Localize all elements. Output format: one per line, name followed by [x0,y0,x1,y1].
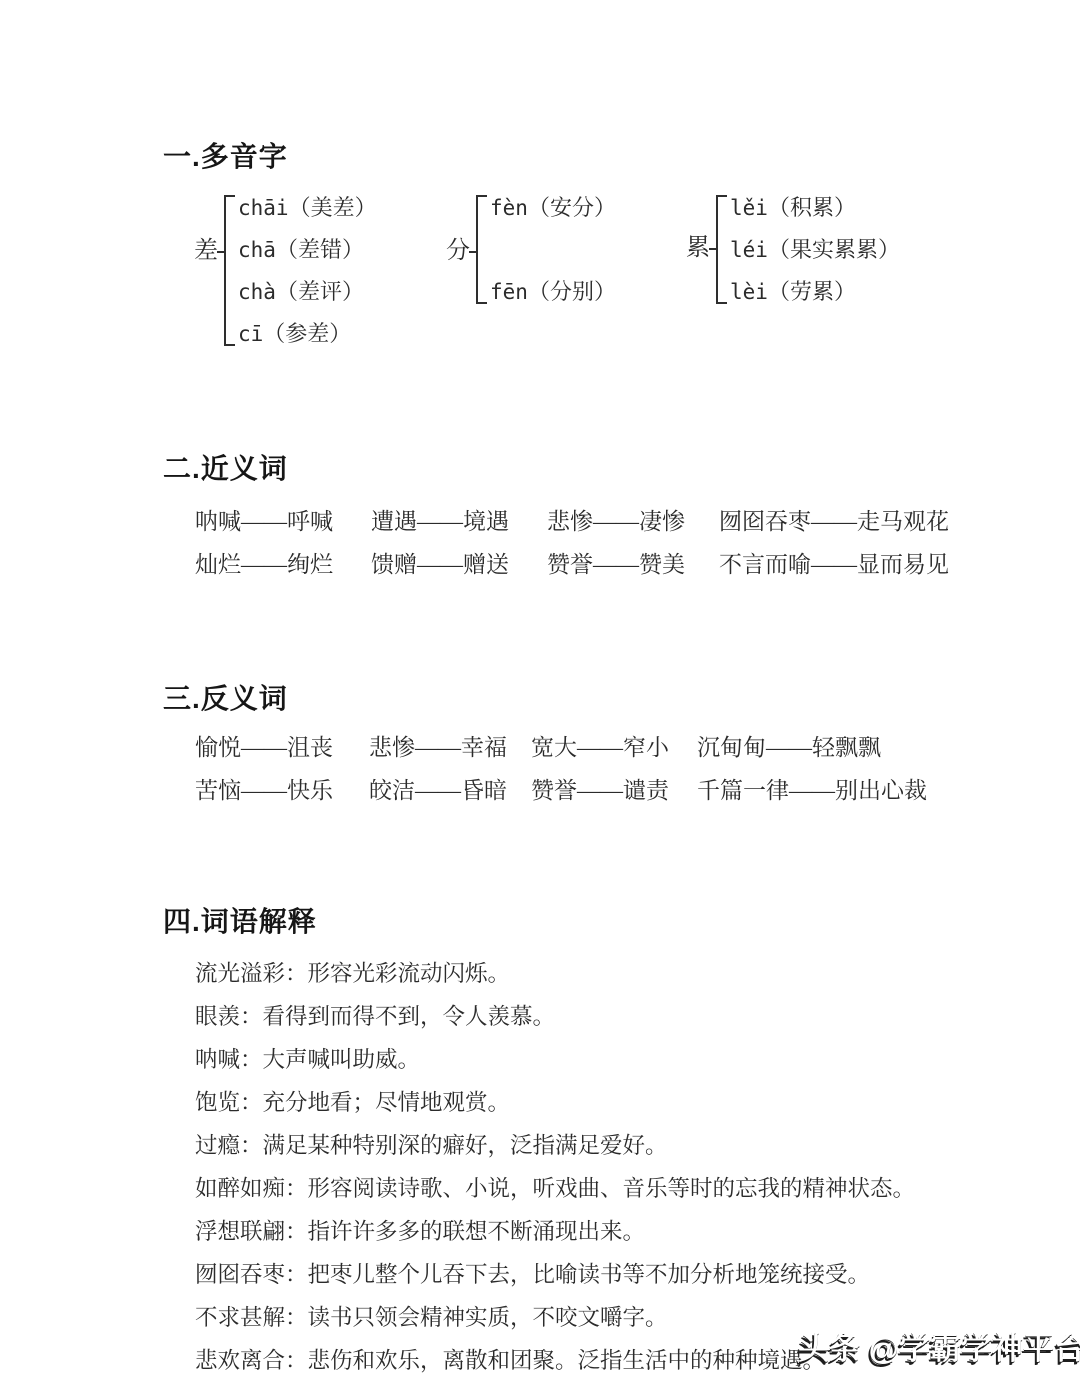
polyphonic-base-char: 累 [686,227,710,269]
polyphonic-group-fen: 分 fèn（安分） fēn（分别） [446,187,616,313]
pinyin-text: fēn [490,280,528,304]
section-heading-synonyms: 二.近义词 [163,452,288,486]
word-pair: 呐喊——呼喊 [195,500,333,543]
definition-line: 如醉如痴：形容阅读诗歌、小说，听戏曲、音乐等时的忘我的精神状态。 [195,1167,915,1210]
antonyms-row: 苦恼——快乐 皎洁——昏暗 赞誉——谴责 千篇一律——别出心裁 [0,769,1080,812]
pronunciation-item: cī（参差） [238,313,377,355]
pinyin-text: chà [238,280,276,304]
polyphonic-base-char: 差 [194,230,218,272]
word-pair: 馈赠——赠送 [371,543,509,586]
polyphonic-group-cha: 差 chāi（美差） chā（差错） chà（差评） cī（参差） [194,187,377,355]
pronunciation-item: fèn（安分） [490,187,616,229]
pinyin-text: chā [238,238,276,262]
pinyin-text: cī [238,322,263,346]
example-word: （差评） [276,279,364,304]
pinyin-text: léi [730,238,768,262]
word-pair: 悲惨——幸福 [369,726,507,769]
definition-line: 呐喊：大声喊叫助威。 [195,1038,915,1081]
word-pair: 灿烂——绚烂 [195,543,333,586]
word-pair: 遭遇——境遇 [371,500,509,543]
word-pair: 千篇一律——别出心裁 [697,769,927,812]
word-pair: 宽大——窄小 [531,726,669,769]
definition-line: 过瘾：满足某种特别深的癖好，泛指满足爱好。 [195,1124,915,1167]
definition-line: 浮想联翩：指许许多多的联想不断涌现出来。 [195,1210,915,1253]
synonyms-row: 灿烂——绚烂 馈赠——赠送 赞誉——赞美 不言而喻——显而易见 [0,543,1080,586]
word-pair: 皎洁——昏暗 [369,769,507,812]
pronunciation-item: fēn（分别） [490,271,616,313]
pronunciation-item: lěi（积累） [730,187,900,229]
word-pair: 囫囵吞枣——走马观花 [719,500,949,543]
word-pair: 苦恼——快乐 [195,769,333,812]
section-heading-polyphonic: 一.多音字 [163,140,288,174]
worksheet-page: 一.多音字 差 chāi（美差） chā（差错） chà（差评） cī（参差） … [0,0,1080,1382]
word-pair: 不言而喻——显而易见 [719,543,949,586]
pronunciation-item: chà（差评） [238,271,377,313]
pinyin-text: fèn [490,196,528,220]
synonyms-grid: 呐喊——呼喊 遭遇——境遇 悲惨——凄惨 囫囵吞枣——走马观花 灿烂——绚烂 馈… [0,500,1080,586]
antonyms-row: 愉悦——沮丧 悲惨——幸福 宽大——窄小 沉甸甸——轻飘飘 [0,726,1080,769]
pronunciation-item: léi（果实累累） [730,229,900,271]
word-pair: 赞誉——赞美 [547,543,685,586]
section-heading-definitions: 四.词语解释 [163,905,317,939]
definition-line: 眼羡：看得到而得不到，令人羡慕。 [195,995,915,1038]
polyphonic-base-char: 分 [446,230,470,272]
bracket: lěi（积累） léi（果实累累） lèi（劳累） [716,187,900,313]
word-pair: 愉悦——沮丧 [195,726,333,769]
definition-line: 饱览：充分地看；尽情地观赏。 [195,1081,915,1124]
pronunciation-item: lèi（劳累） [730,271,900,313]
bracket: fèn（安分） fēn（分别） [476,187,616,313]
pinyin-text: chāi [238,196,289,220]
polyphonic-group-lei: 累 lěi（积累） léi（果实累累） lèi（劳累） [686,187,900,313]
watermark: 头条 @学霸学神平台 [798,1326,1080,1372]
pronunciation-item: chāi（美差） [238,187,377,229]
word-pair: 沉甸甸——轻飘飘 [697,726,881,769]
example-word: （安分） [528,195,616,220]
word-pair: 赞誉——谴责 [531,769,669,812]
section-heading-antonyms: 三.反义词 [163,682,288,716]
word-pair: 悲惨——凄惨 [547,500,685,543]
pronunciation-item: chā（差错） [238,229,377,271]
example-word: （差错） [276,237,364,262]
antonyms-grid: 愉悦——沮丧 悲惨——幸福 宽大——窄小 沉甸甸——轻飘飘 苦恼——快乐 皎洁—… [0,726,1080,812]
example-word: （参差） [263,321,351,346]
synonyms-row: 呐喊——呼喊 遭遇——境遇 悲惨——凄惨 囫囵吞枣——走马观花 [0,500,1080,543]
pinyin-text: lěi [730,196,768,220]
bracket-line [716,195,727,304]
bracket: chāi（美差） chā（差错） chà（差评） cī（参差） [224,187,377,355]
bracket-line [224,195,235,346]
bracket-line [476,195,487,304]
definition-line: 流光溢彩：形容光彩流动闪烁。 [195,952,915,995]
example-word: （积累） [768,195,856,220]
example-word: （劳累） [768,279,856,304]
definitions-list: 流光溢彩：形容光彩流动闪烁。 眼羡：看得到而得不到，令人羡慕。 呐喊：大声喊叫助… [195,952,915,1382]
example-word: （分别） [528,279,616,304]
pinyin-text: lèi [730,280,768,304]
definition-line: 囫囵吞枣：把枣儿整个儿吞下去，比喻读书等不加分析地笼统接受。 [195,1253,915,1296]
example-word: （美差） [289,195,377,220]
example-word: （果实累累） [768,237,900,262]
